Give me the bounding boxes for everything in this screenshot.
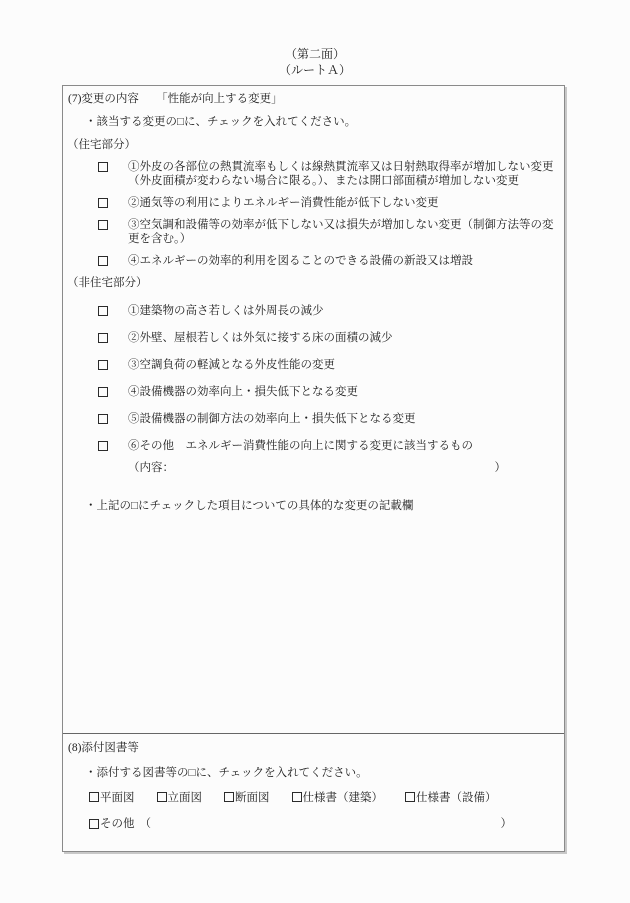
checkbox-icon[interactable] (98, 387, 108, 397)
attachment-label: 立面図 (168, 792, 203, 804)
residential-check-item-1: ①外皮の各部位の熱貫流率もしくは線熱貫流率又は日射熱取得率が増加しない変更（外皮… (98, 160, 558, 188)
form-box: (7)変更の内容 「性能が向上する変更」 ・該当する変更の□に、チェックを入れて… (62, 85, 565, 852)
checkbox-icon[interactable] (98, 441, 108, 451)
section-8-instruction: ・添付する図書等の□に、チェックを入れてください。 (85, 766, 564, 780)
attachment-label: 断面図 (235, 792, 270, 804)
non-residential-check-item-2: ②外壁、屋根若しくは外気に接する床の面積の減少 (98, 331, 558, 345)
section-7-instruction: ・該当する変更の□に、チェックを入れてください。 (85, 115, 564, 129)
residential-heading: （住宅部分） (67, 138, 564, 152)
attachment-label: 仕様書（建築） (303, 792, 384, 804)
checkbox-icon[interactable] (98, 333, 108, 343)
check-item-label: ③空気調和設備等の効率が低下しない又は損失が増加しない変更（制御方法等の変更を含… (128, 219, 554, 245)
check-item-label: ⑥その他 エネルギー消費性能の向上に関する変更に該当するもの (128, 440, 473, 452)
checkbox-icon[interactable] (157, 792, 167, 802)
checkbox-icon[interactable] (89, 792, 99, 802)
attachment-label: 平面図 (100, 792, 135, 804)
section-8-attached-documents: (8)添付図書等 ・添付する図書等の□に、チェックを入れてください。 平面図 立… (63, 733, 564, 851)
checkbox-icon[interactable] (98, 360, 108, 370)
checkbox-icon[interactable] (224, 792, 234, 802)
section-7-change-contents: (7)変更の内容 「性能が向上する変更」 ・該当する変更の□に、チェックを入れて… (63, 86, 564, 733)
attachment-item-spec-equipment: 仕様書（設備） (405, 791, 497, 805)
non-residential-check-item-3: ③空調負荷の軽減となる外皮性能の変更 (98, 358, 558, 372)
checkbox-icon[interactable] (98, 162, 108, 172)
attachment-item-floor-plan: 平面図 (89, 791, 135, 805)
attachment-checkbox-row: 平面図 立面図 断面図 仕様書（建築） 仕様書（設備） (89, 791, 564, 805)
attachment-label: 仕様書（設備） (416, 792, 497, 804)
other-value-area[interactable] (151, 817, 501, 831)
checkbox-icon[interactable] (98, 256, 108, 266)
residential-check-item-2: ②通気等の利用によりエネルギー消費性能が低下しない変更 (98, 196, 558, 210)
check-item-label: ①外皮の各部位の熱貫流率もしくは線熱貫流率又は日射熱取得率が増加しない変更（外皮… (128, 161, 554, 187)
check-item-label: ④エネルギーの効率的利用を図ることのできる設備の新設又は増設 (128, 255, 473, 267)
other-close-paren: ） (501, 817, 513, 831)
attachment-item-elevation: 立面図 (157, 791, 203, 805)
residential-check-item-3: ③空気調和設備等の効率が低下しない又は損失が増加しない変更（制御方法等の変更を含… (98, 218, 558, 246)
attachment-other-row: その他 （ ） (89, 817, 512, 831)
page-face-label: （第二面） (0, 47, 630, 61)
content-close-label: ） (495, 461, 507, 475)
attachment-item-section: 断面図 (224, 791, 270, 805)
section-8-title: (8)添付図書等 (68, 741, 564, 755)
non-residential-heading: （非住宅部分） (67, 276, 564, 290)
content-value-area[interactable] (174, 461, 495, 475)
other-content-field: （内容： ） (128, 461, 506, 475)
checkbox-icon[interactable] (98, 220, 108, 230)
checkbox-icon[interactable] (292, 792, 302, 802)
non-residential-check-item-5: ⑤設備機器の制御方法の効率向上・損失低下となる変更 (98, 412, 558, 426)
change-detail-entry-area[interactable] (85, 517, 564, 717)
non-residential-check-item-1: ①建築物の高さ若しくは外周長の減少 (98, 304, 558, 318)
check-item-label: ①建築物の高さ若しくは外周長の減少 (128, 305, 324, 317)
residential-check-item-4: ④エネルギーの効率的利用を図ることのできる設備の新設又は増設 (98, 254, 558, 268)
check-item-label: ②通気等の利用によりエネルギー消費性能が低下しない変更 (128, 197, 439, 209)
attachment-item-spec-architecture: 仕様書（建築） (292, 791, 384, 805)
detail-entry-note: ・上記の□にチェックした項目についての具体的な変更の記載欄 (85, 499, 564, 513)
section-7-title: (7)変更の内容 「性能が向上する変更」 (68, 92, 564, 106)
checkbox-icon[interactable] (405, 792, 415, 802)
non-residential-check-item-4: ④設備機器の効率向上・損失低下となる変更 (98, 385, 558, 399)
check-item-label: ②外壁、屋根若しくは外気に接する床の面積の減少 (128, 332, 393, 344)
check-item-label: ⑤設備機器の制御方法の効率向上・損失低下となる変更 (128, 413, 416, 425)
route-label: （ルートＡ） (0, 63, 630, 77)
checkbox-icon[interactable] (98, 198, 108, 208)
checkbox-icon[interactable] (98, 306, 108, 316)
attachment-other-label: その他 (100, 817, 135, 831)
check-item-label: ③空調負荷の軽減となる外皮性能の変更 (128, 359, 335, 371)
non-residential-check-item-6: ⑥その他 エネルギー消費性能の向上に関する変更に該当するもの (98, 439, 558, 453)
check-item-label: ④設備機器の効率向上・損失低下となる変更 (128, 386, 358, 398)
checkbox-icon[interactable] (98, 414, 108, 424)
checkbox-icon[interactable] (89, 819, 99, 829)
content-open-label: （内容： (128, 461, 174, 475)
other-open-paren: （ (140, 817, 152, 831)
